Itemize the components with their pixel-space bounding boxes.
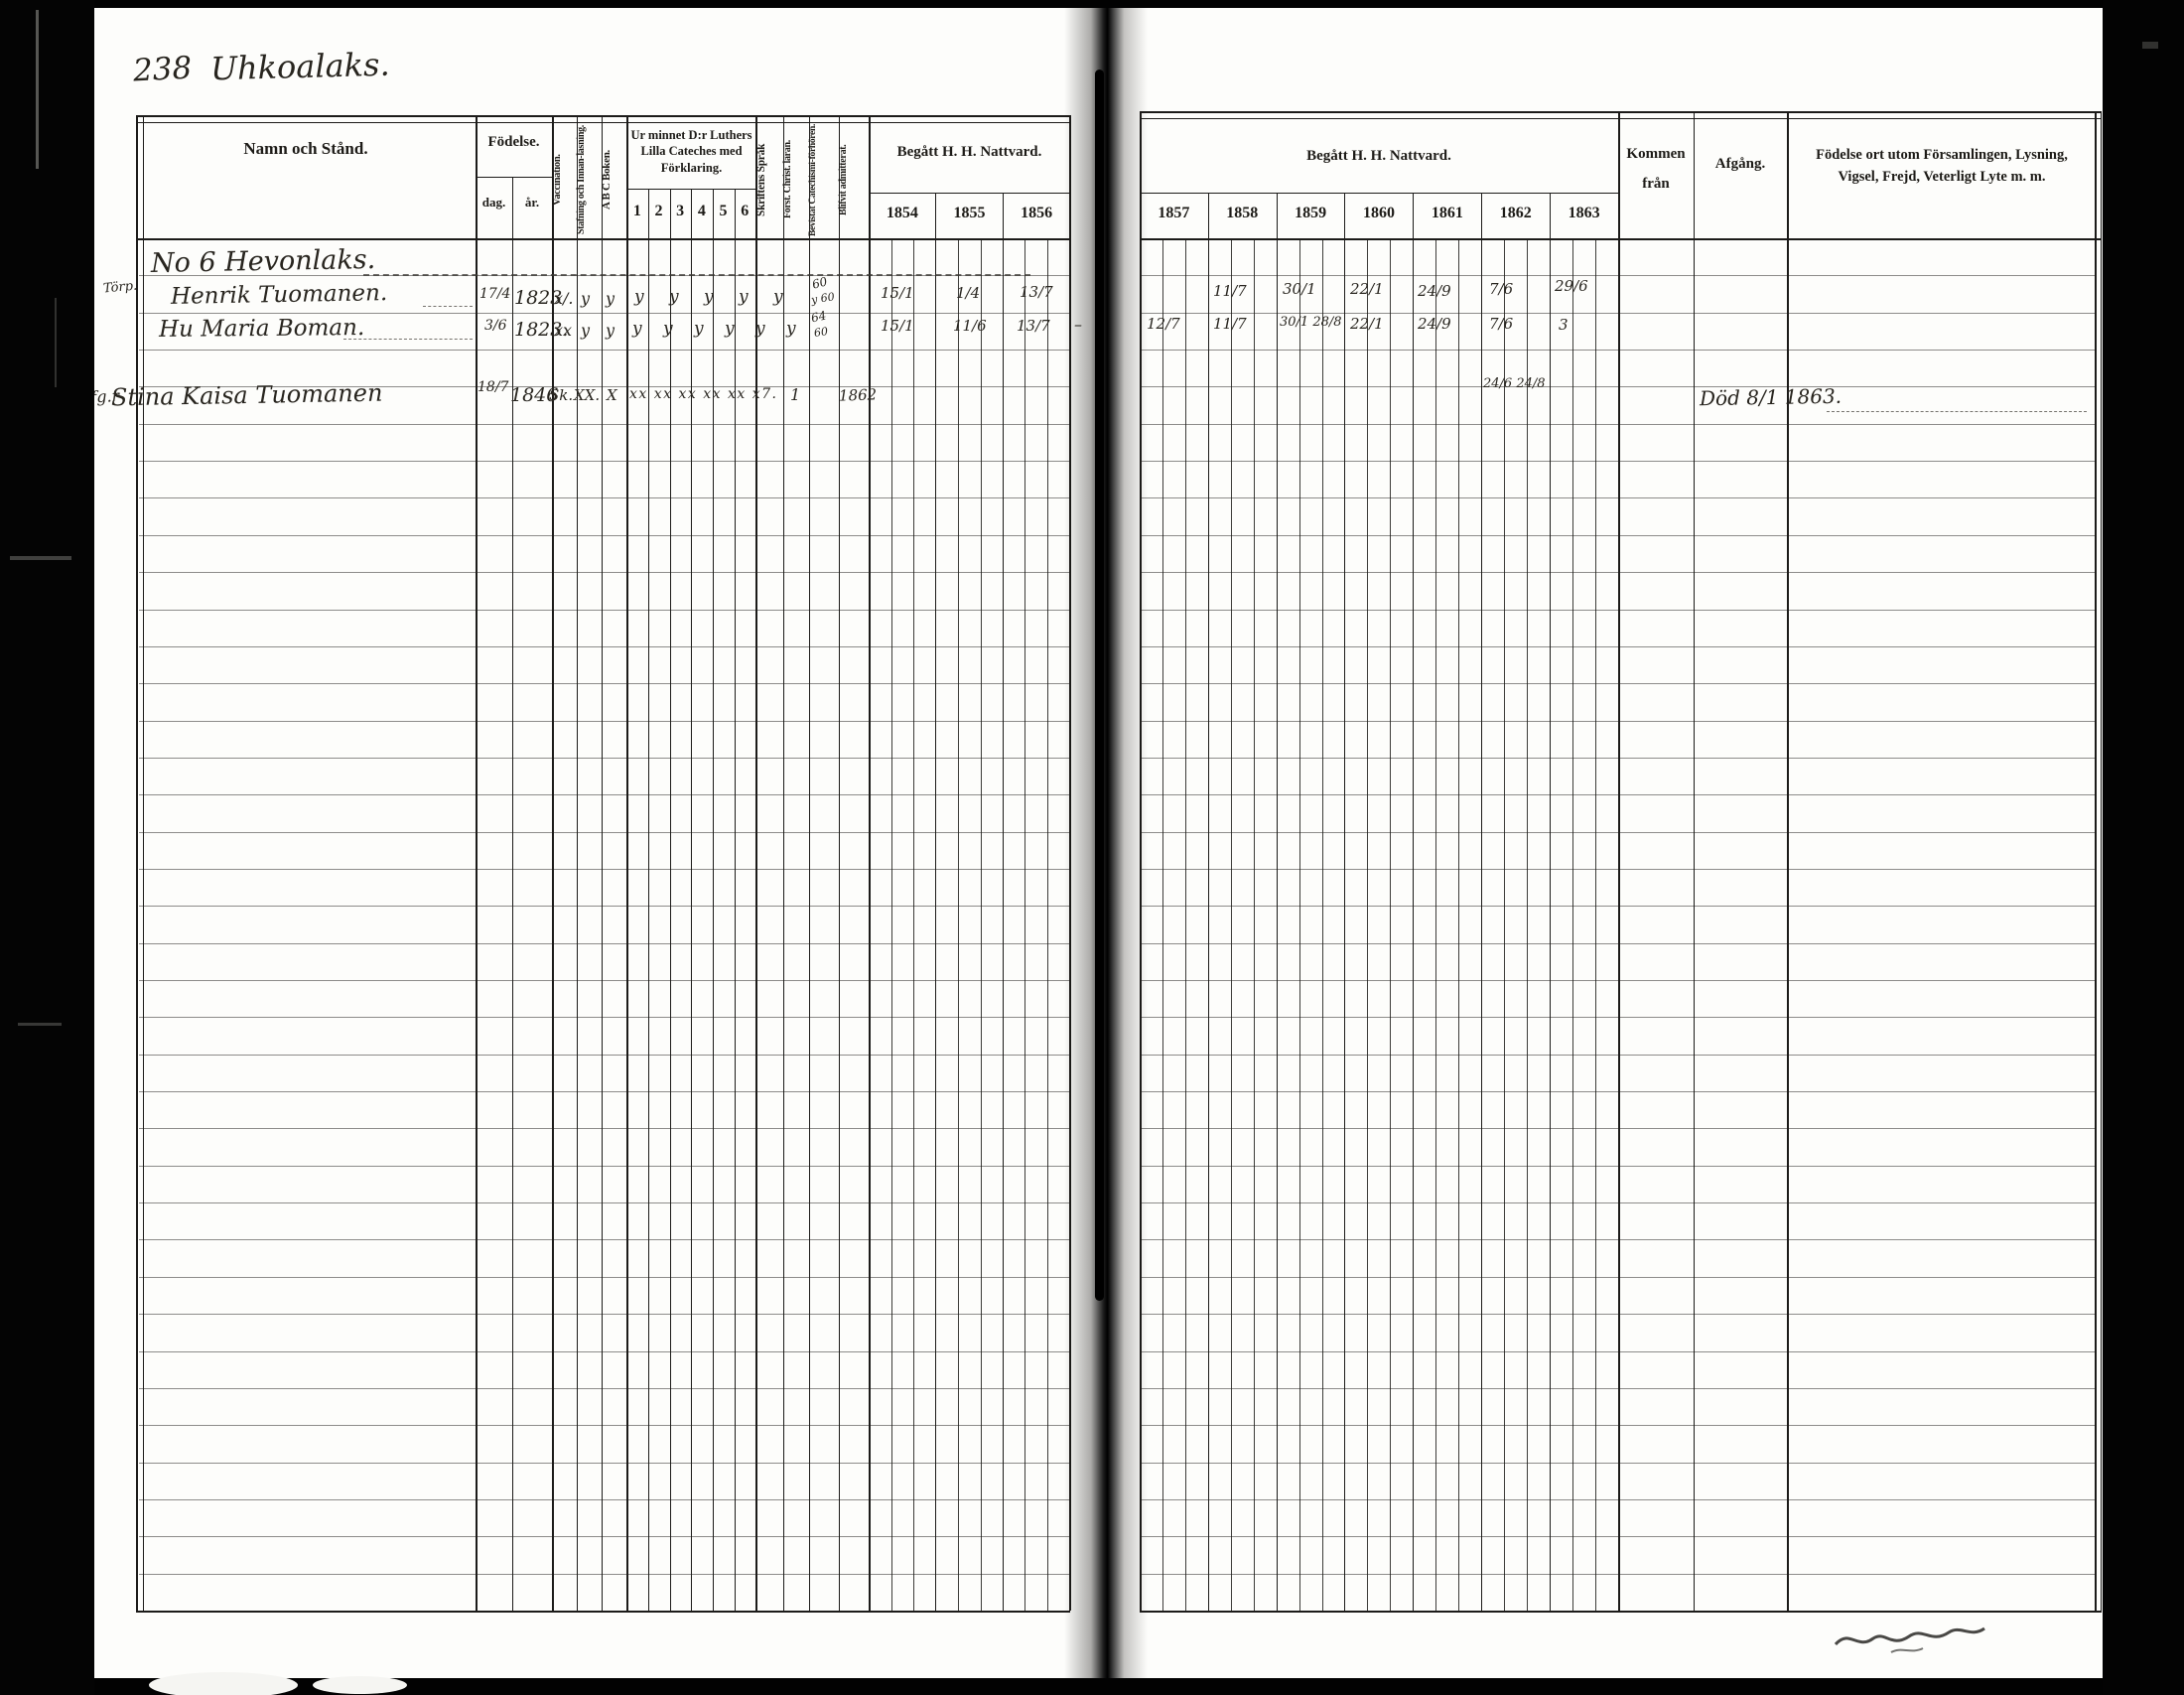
grid-line-h <box>1141 1166 2095 1167</box>
grid-line-h <box>139 350 1069 351</box>
grid-line-v <box>1277 193 1278 1611</box>
entry2-communion-1856: 13/7 <box>1017 317 1050 335</box>
year-1854: 1854 <box>869 205 936 222</box>
grid-line-v <box>1208 193 1209 1611</box>
grid-line-h <box>139 1202 1069 1203</box>
year-1860: 1860 <box>1345 205 1414 222</box>
grid-line-v <box>2101 111 2102 1611</box>
grid-line-h <box>1141 1425 2095 1426</box>
grid-line-v <box>1481 193 1482 1611</box>
scan-edge-left <box>0 0 94 1695</box>
grid-line-h <box>1141 572 2095 573</box>
grid-line-v <box>577 115 578 1611</box>
grid-line-v <box>891 238 892 1611</box>
grid-line-h <box>1141 646 2095 647</box>
grid-line-v <box>2095 111 2097 1611</box>
year-1856: 1856 <box>1003 205 1070 222</box>
entry3-name: Stina Kaisa Tuomanen <box>111 379 383 412</box>
col-header-communion-left: Begått H. H. Nattvard. <box>869 143 1070 161</box>
scan-blob <box>149 1672 298 1695</box>
ink-squiggle <box>1832 1611 1990 1660</box>
grid-line-h <box>139 758 1069 759</box>
entry1-communion-1854: 15/1 <box>881 284 914 302</box>
col-header-abc-book: A B C Boken. <box>602 123 626 236</box>
grid-line-h <box>139 1536 1069 1537</box>
col-header-come-from-line2: från <box>1618 175 1694 193</box>
grid-line-v <box>1595 238 1596 1611</box>
entry1-margin-note: Törp. <box>102 279 137 297</box>
grid-line-v <box>1003 193 1004 1611</box>
grid-line-v <box>1390 238 1391 1611</box>
grid-line-h <box>1141 1239 2095 1240</box>
entry2-communion-1854: 15/1 <box>881 317 914 335</box>
grid-line-h <box>139 1166 1069 1167</box>
grid-line-v <box>476 115 478 1611</box>
year-1862: 1862 <box>1481 205 1550 222</box>
grid-line-h <box>139 610 1069 611</box>
grid-line-h <box>1141 1314 2095 1315</box>
grid-line-v <box>626 115 628 1611</box>
entry2-vaccination-mark: xx <box>554 321 572 340</box>
grid-line-h <box>139 424 1069 425</box>
col-header-attended-exams: Bevistat Catechismi-förhören. <box>809 123 839 236</box>
year-1855: 1855 <box>936 205 1004 222</box>
col-header-birth-year: år. <box>512 195 552 211</box>
entry2-spelling-mark: y <box>581 321 590 340</box>
entry2-communion-1863: 3 <box>1559 316 1569 334</box>
grid-line-h <box>139 1017 1069 1018</box>
grid-line-v <box>1322 238 1323 1611</box>
entry-farm-heading: No 6 Hevonlaks. <box>151 244 376 279</box>
entry1-communion-1861: 24/9 <box>1418 282 1451 300</box>
grid-line-v <box>1413 193 1414 1611</box>
grid-line-v <box>913 238 914 1611</box>
grid-line-h <box>1141 1202 2095 1203</box>
entry3-birth-day: 18/7 <box>478 379 508 395</box>
scanned-ledger-spread: 238 Uhkoalaks. Namn och Stånd. Födelse. … <box>0 0 2184 1695</box>
grid-line-h <box>139 1425 1069 1426</box>
grid-line-h <box>139 1351 1069 1352</box>
entry1-communion-1863: 29/6 <box>1555 277 1588 295</box>
grid-line-v <box>136 115 138 1611</box>
grid-line-h <box>139 683 1069 684</box>
grid-line-h <box>1141 1463 2095 1464</box>
entry1-communion-1860: 22/1 <box>1350 280 1384 298</box>
year-1863: 1863 <box>1550 205 1618 222</box>
grid-line-v <box>839 115 840 1611</box>
col-header-name: Namn och Stånd. <box>136 139 476 159</box>
grid-line-h <box>139 1463 1069 1464</box>
grid-line-h <box>1141 497 2095 498</box>
grid-line-h <box>1141 275 2095 276</box>
grid-line-h <box>1140 193 1619 194</box>
grid-line-v <box>958 238 959 1611</box>
col-header-scripture: Skriftens Språk <box>755 123 783 236</box>
communion-years-left: 1854 1855 1856 <box>869 205 1070 222</box>
scan-edge-right <box>2103 0 2184 1695</box>
catechism-subcolumns: 1 2 3 4 5 6 <box>626 203 755 220</box>
grid-line-v <box>1694 111 1695 1611</box>
catechism-col-2: 2 <box>648 203 670 220</box>
entry1-communion-1856: 13/7 <box>1020 283 1053 301</box>
col-header-departure: Afgång. <box>1694 155 1787 173</box>
scan-scratch <box>36 10 39 169</box>
grid-line-h <box>1141 1055 2095 1056</box>
grid-line-h <box>136 1611 1070 1613</box>
col-header-catechism: Ur minnet D:r Luthers Lilla Cateches med… <box>628 127 754 176</box>
catechism-col-4: 4 <box>691 203 713 220</box>
entry3-christian-knowledge-mark: 1 <box>790 385 800 404</box>
grid-line-h <box>1141 980 2095 981</box>
grid-line-h <box>139 721 1069 722</box>
grid-line-h <box>1141 535 2095 536</box>
col-header-spelling: Stafning och Innan-läsning. <box>577 123 602 236</box>
grid-line-v <box>809 115 810 1611</box>
grid-line-h <box>139 794 1069 795</box>
heading-rule <box>363 274 1030 276</box>
grid-line-v <box>981 238 982 1611</box>
entry2-communion-1860: 22/1 <box>1350 315 1384 333</box>
grid-line-h <box>1140 111 2102 113</box>
grid-line-h <box>136 115 1070 117</box>
grid-line-v <box>1254 238 1255 1611</box>
grid-line-h <box>1140 238 2102 240</box>
entry3-abc-mark: X <box>607 386 617 404</box>
grid-line-h <box>139 1277 1069 1278</box>
scan-edge-top <box>0 0 2184 8</box>
binding-gutter-fold <box>1095 70 1104 1301</box>
grid-line-h <box>1141 1499 2095 1500</box>
grid-line-v <box>1367 238 1368 1611</box>
entry1-communion-1855: 1/4 <box>956 284 980 302</box>
entry2-communion-1862: 7/6 <box>1489 315 1513 333</box>
entry2-name-rule <box>343 339 473 340</box>
grid-line-v <box>1458 238 1459 1611</box>
grid-line-h <box>1141 1351 2095 1352</box>
grid-line-v <box>755 115 757 1611</box>
scan-scratch <box>2142 42 2158 49</box>
grid-line-h <box>139 1239 1069 1240</box>
page-title-handwritten: Uhkoalaks. <box>210 46 391 88</box>
grid-line-v <box>1231 238 1232 1611</box>
grid-line-v <box>1504 238 1505 1611</box>
grid-line-v <box>783 115 784 1611</box>
entry3-departure-rule <box>1827 411 2087 412</box>
entry2-catechism-marks: y y y y y y <box>632 319 804 339</box>
grid-line-h <box>136 238 1070 240</box>
grid-line-h <box>1141 350 2095 351</box>
binding-gutter <box>1064 8 1148 1680</box>
year-1857: 1857 <box>1140 205 1208 222</box>
grid-line-h <box>1141 386 2095 387</box>
grid-line-h <box>626 189 756 190</box>
grid-line-v <box>1572 238 1573 1611</box>
grid-line-h <box>1141 1017 2095 1018</box>
entry2-abc-mark: y <box>606 321 614 340</box>
entry3-departure-note: Död 8/1 1863. <box>1700 384 1842 410</box>
catechism-col-1: 1 <box>626 203 648 220</box>
year-1861: 1861 <box>1413 205 1481 222</box>
grid-line-v <box>1299 238 1300 1611</box>
col-header-birth: Födelse. <box>476 133 552 151</box>
catechism-col-6: 6 <box>734 203 755 220</box>
grid-line-v <box>1162 238 1163 1611</box>
entry2-name: Hu Maria Boman. <box>159 315 364 343</box>
year-1859: 1859 <box>1277 205 1345 222</box>
col-header-come-from-line1: Kommen <box>1618 145 1694 163</box>
col-header-christian-knowledge: Först. Christ. läran. <box>783 123 809 236</box>
grid-line-h <box>1141 832 2095 833</box>
col-header-notes: Födelse ort utom Församlingen, Lysning, … <box>1803 145 2081 189</box>
grid-line-h <box>139 869 1069 870</box>
col-header-birth-day: dag. <box>476 195 512 211</box>
grid-line-h <box>139 906 1069 907</box>
grid-line-h <box>139 1314 1069 1315</box>
grid-line-v <box>1344 193 1345 1611</box>
grid-line-h <box>139 1091 1069 1092</box>
entry3-catechism-marks: xx xx xx xx xx x7. <box>629 386 777 402</box>
scan-blob <box>313 1676 407 1694</box>
entry1-name-rule <box>423 306 473 307</box>
grid-line-h <box>1141 313 2095 314</box>
scan-scratch <box>10 556 71 560</box>
grid-line-h <box>1141 683 2095 684</box>
scan-scratch <box>18 1023 62 1026</box>
communion-years-right: 1857 1858 1859 1860 1861 1862 1863 <box>1140 205 1618 222</box>
grid-line-h <box>139 1128 1069 1129</box>
entry3-admitted-year: 1862 <box>839 385 878 404</box>
grid-line-h <box>1141 610 2095 611</box>
grid-line-h <box>1141 794 2095 795</box>
catechism-col-3: 3 <box>669 203 691 220</box>
grid-line-h <box>139 461 1069 462</box>
entry2-communion-1859: 30/1 28/8 <box>1280 315 1342 330</box>
grid-line-h <box>1141 1574 2095 1575</box>
col-header-admitted: Blifvit admitterat. <box>839 123 869 236</box>
entry1-communion-1862: 7/6 <box>1489 280 1513 298</box>
grid-line-h <box>1141 1277 2095 1278</box>
grid-line-h <box>869 193 1070 194</box>
entry2-communion-1858: 11/7 <box>1213 315 1247 333</box>
grid-line-h <box>1141 461 2095 462</box>
entry1-birth-day: 17/4 <box>479 286 510 302</box>
entry1-communion-1858: 11/7 <box>1213 282 1247 300</box>
grid-line-h <box>1141 1091 2095 1092</box>
grid-line-v <box>602 115 603 1611</box>
grid-line-h <box>1141 869 2095 870</box>
entry1-vaccination-mark: x/. <box>554 289 574 308</box>
entry1-spelling-mark: y <box>581 289 590 308</box>
entry1-name: Henrik Tuomanen. <box>171 280 388 310</box>
entry1-communion-1859: 30/1 <box>1283 280 1316 298</box>
grid-line-v <box>869 115 871 1611</box>
grid-line-h <box>1141 906 2095 907</box>
grid-line-v <box>1185 238 1186 1611</box>
grid-line-h <box>1141 1128 2095 1129</box>
grid-line-h <box>139 535 1069 536</box>
grid-line-h <box>139 646 1069 647</box>
grid-line-h <box>139 1388 1069 1389</box>
grid-line-h <box>139 980 1069 981</box>
grid-line-v <box>1024 238 1025 1611</box>
grid-line-h <box>139 1574 1069 1575</box>
grid-line-h <box>1140 118 2102 119</box>
entry3-vaccination-mark: Sk. <box>549 386 573 404</box>
grid-line-h <box>139 1055 1069 1056</box>
scan-scratch <box>55 298 57 387</box>
entry2-communion-1861: 24/9 <box>1418 315 1451 333</box>
grid-line-h <box>1141 758 2095 759</box>
grid-line-v <box>1618 111 1620 1611</box>
grid-line-v <box>1435 238 1436 1611</box>
entry3-communion-1862: 24/6 24/8 <box>1483 376 1546 391</box>
grid-line-h <box>1141 424 2095 425</box>
entry2-communion-1855: 11/6 <box>953 317 987 335</box>
grid-line-h <box>476 177 553 178</box>
grid-line-h <box>139 1499 1069 1500</box>
grid-line-h <box>1141 1536 2095 1537</box>
grid-line-h <box>1141 721 2095 722</box>
year-1858: 1858 <box>1208 205 1277 222</box>
folio-number: 238 <box>132 50 193 88</box>
grid-line-h <box>1141 1388 2095 1389</box>
grid-line-v <box>1047 238 1048 1611</box>
entry1-abc-mark: y <box>606 289 614 308</box>
entry3-spelling-mark: XX. <box>574 386 600 404</box>
entry2-birth-day: 3/6 <box>484 318 507 334</box>
grid-line-v <box>143 115 144 1611</box>
grid-line-v <box>935 193 936 1611</box>
grid-line-v <box>1527 238 1528 1611</box>
entry2-attended-mark-2: 60 <box>813 325 829 340</box>
entry2-communion-1857: 12/7 <box>1147 315 1180 333</box>
grid-line-v <box>1787 111 1789 1611</box>
col-header-vaccination: Vaccination. <box>552 123 577 236</box>
catechism-col-5: 5 <box>713 203 735 220</box>
grid-line-v <box>1550 193 1551 1611</box>
grid-line-h <box>139 572 1069 573</box>
grid-line-h <box>139 943 1069 944</box>
grid-line-h <box>1141 943 2095 944</box>
scan-edge-bottom <box>0 1678 2184 1695</box>
grid-line-h <box>139 313 1069 314</box>
grid-line-h <box>139 832 1069 833</box>
grid-line-h <box>139 497 1069 498</box>
col-header-communion-right: Begått H. H. Nattvard. <box>1140 147 1618 165</box>
entry1-catechism-marks: y y y y y <box>634 287 793 307</box>
